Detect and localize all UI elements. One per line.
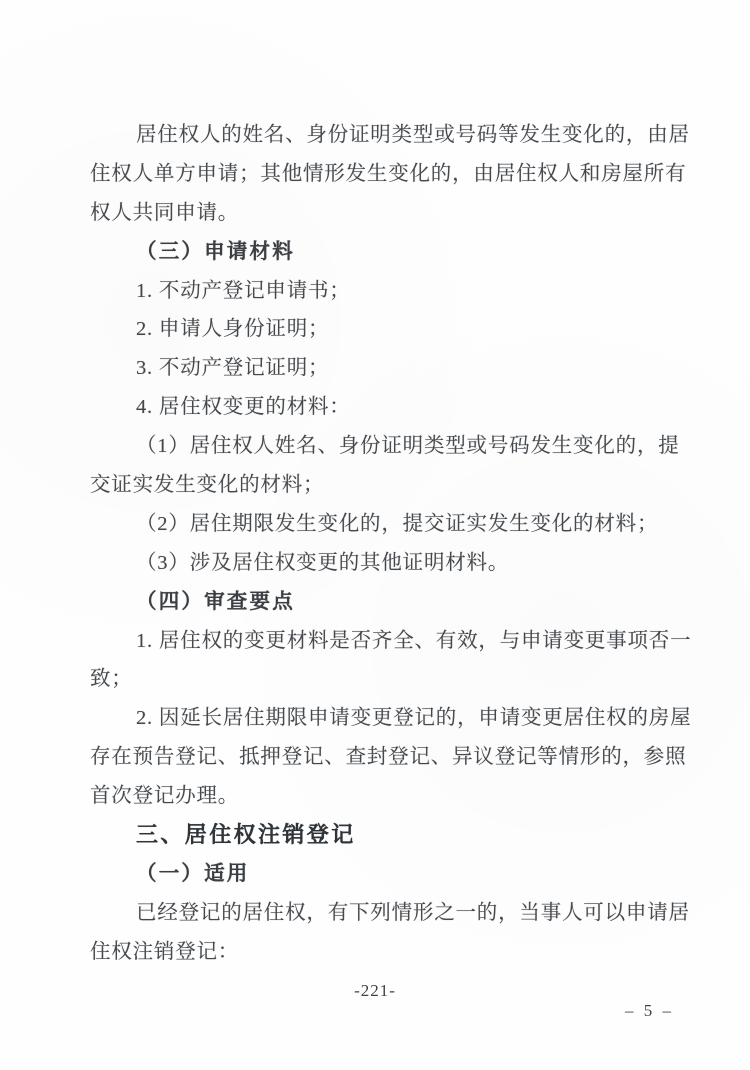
list-item: 1. 不动产登记申请书； [90, 272, 672, 311]
document-body: 居住权人的姓名、身份证明类型或号码等发生变化的，由居 住权人单方申请；其他情形发… [90, 116, 672, 972]
list-item: 2. 因延长居住期限申请变更登记的，申请变更居住权的房屋 [90, 699, 672, 738]
paragraph-line: 已经登记的居住权，有下列情形之一的，当事人可以申请居 [90, 894, 672, 933]
list-item-continuation: 致； [90, 660, 672, 699]
page-number-center: -221- [0, 981, 750, 1001]
list-item-continuation: 存在预告登记、抵押登记、查封登记、异议登记等情形的，参照 [90, 738, 672, 777]
page-number-right: – 5 – [625, 1001, 674, 1021]
subsection-heading-application-materials: （三）申请材料 [90, 233, 672, 272]
paragraph-line: 住权注销登记： [90, 933, 672, 972]
list-item-continuation: 首次登记办理。 [90, 777, 672, 816]
list-item: 1. 居住权的变更材料是否齐全、有效，与申请变更事项否一 [90, 622, 672, 661]
subsection-heading-applicability: （一）适用 [90, 855, 672, 894]
paragraph-line: 居住权人的姓名、身份证明类型或号码等发生变化的，由居 [90, 116, 672, 155]
scanned-document-page: 居住权人的姓名、身份证明类型或号码等发生变化的，由居 住权人单方申请；其他情形发… [0, 0, 750, 1070]
paragraph-line: 权人共同申请。 [90, 194, 672, 233]
sublist-item-continuation: 交证实发生变化的材料； [90, 466, 672, 505]
paragraph-line: 住权人单方申请；其他情形发生变化的，由居住权人和房屋所有 [90, 155, 672, 194]
subsection-heading-review-points: （四）审查要点 [90, 583, 672, 622]
sublist-item: （1）居住权人姓名、身份证明类型或号码发生变化的，提 [90, 427, 672, 466]
sublist-item: （2）居住期限发生变化的，提交证实发生变化的材料； [90, 505, 672, 544]
list-item: 3. 不动产登记证明； [90, 349, 672, 388]
list-item: 2. 申请人身份证明； [90, 310, 672, 349]
sublist-item: （3）涉及居住权变更的其他证明材料。 [90, 544, 672, 583]
list-item: 4. 居住权变更的材料： [90, 388, 672, 427]
section-heading-deregistration: 三、居住权注销登记 [90, 816, 672, 855]
